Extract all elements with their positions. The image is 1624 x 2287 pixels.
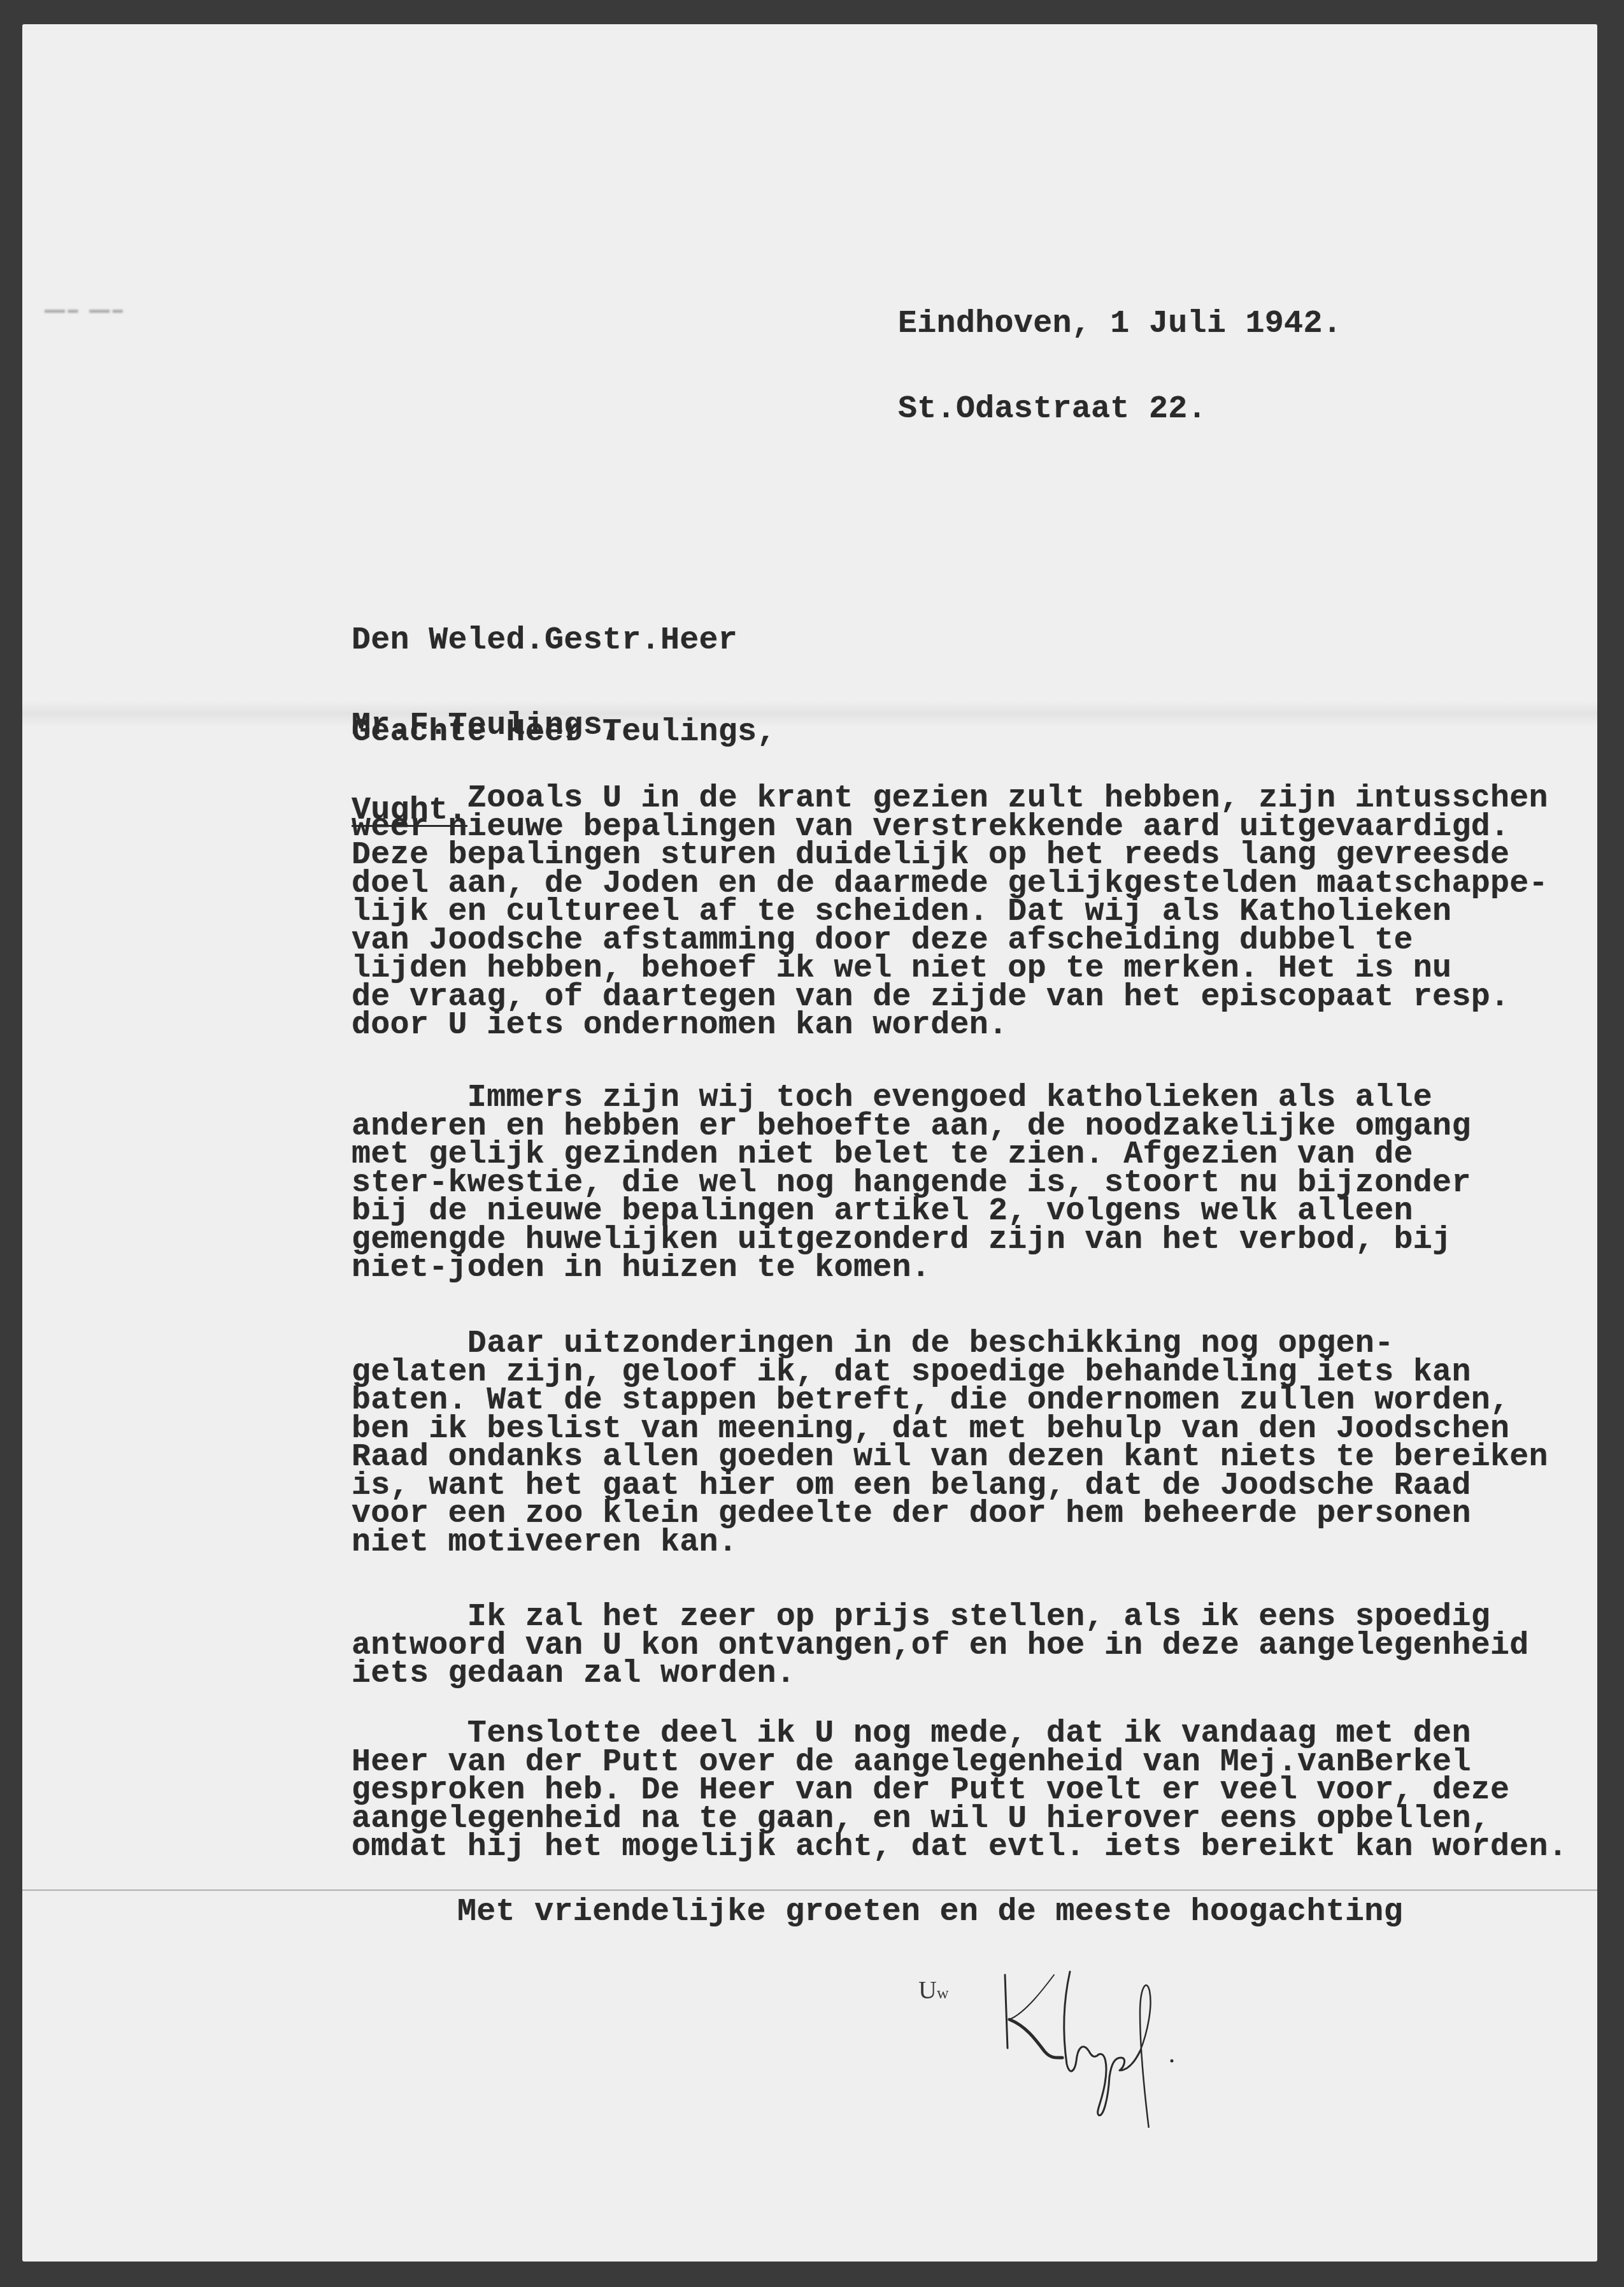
salutation: Geachte Heer Teulings, — [352, 719, 776, 747]
signature-prefix-w: w — [937, 1984, 949, 2002]
paragraph: Zooals U in de krant gezien zult hebben,… — [352, 785, 1548, 1040]
paragraph: Ik zal het zeer op prijs stellen, als ik… — [352, 1603, 1529, 1689]
text-line: door U iets ondernomen kan worden. — [352, 1012, 1548, 1040]
paragraph: Tenslotte deel ik U nog mede, dat ik van… — [352, 1720, 1567, 1862]
bleed-through-mark: ▬▬ ▬ ▬▬ ▬ — [45, 305, 123, 316]
sender-address: St.Odastraat 22. — [898, 396, 1342, 424]
recipient-line: Den Weled.Gestr.Heer — [352, 627, 737, 656]
sender-header: Eindhoven, 1 Juli 1942. St.Odastraat 22. — [898, 254, 1342, 452]
paragraph: Daar uitzonderingen in de beschikking no… — [352, 1330, 1548, 1557]
text-line: iets gedaan zal worden. — [352, 1660, 1529, 1689]
text-line: omdat hij het mogelijk acht, dat evtl. i… — [352, 1833, 1567, 1862]
horizontal-crease-line — [22, 1889, 1597, 1891]
signature-prefix-u: U — [918, 1975, 937, 2004]
text-line: niet-joden in huizen te komen. — [352, 1254, 1471, 1283]
place-date: Eindhoven, 1 Juli 1942. — [898, 310, 1342, 339]
signature-prefix: Uw — [918, 1975, 949, 2005]
text-line: niet motiveeren kan. — [352, 1529, 1548, 1558]
handwritten-signature — [987, 1962, 1255, 2128]
paragraph: Immers zijn wij toch evengoed katholieke… — [352, 1084, 1471, 1283]
paper-fold-mark — [22, 701, 1597, 726]
closing: Met vriendelijke groeten en de meeste ho… — [457, 1898, 1403, 1927]
